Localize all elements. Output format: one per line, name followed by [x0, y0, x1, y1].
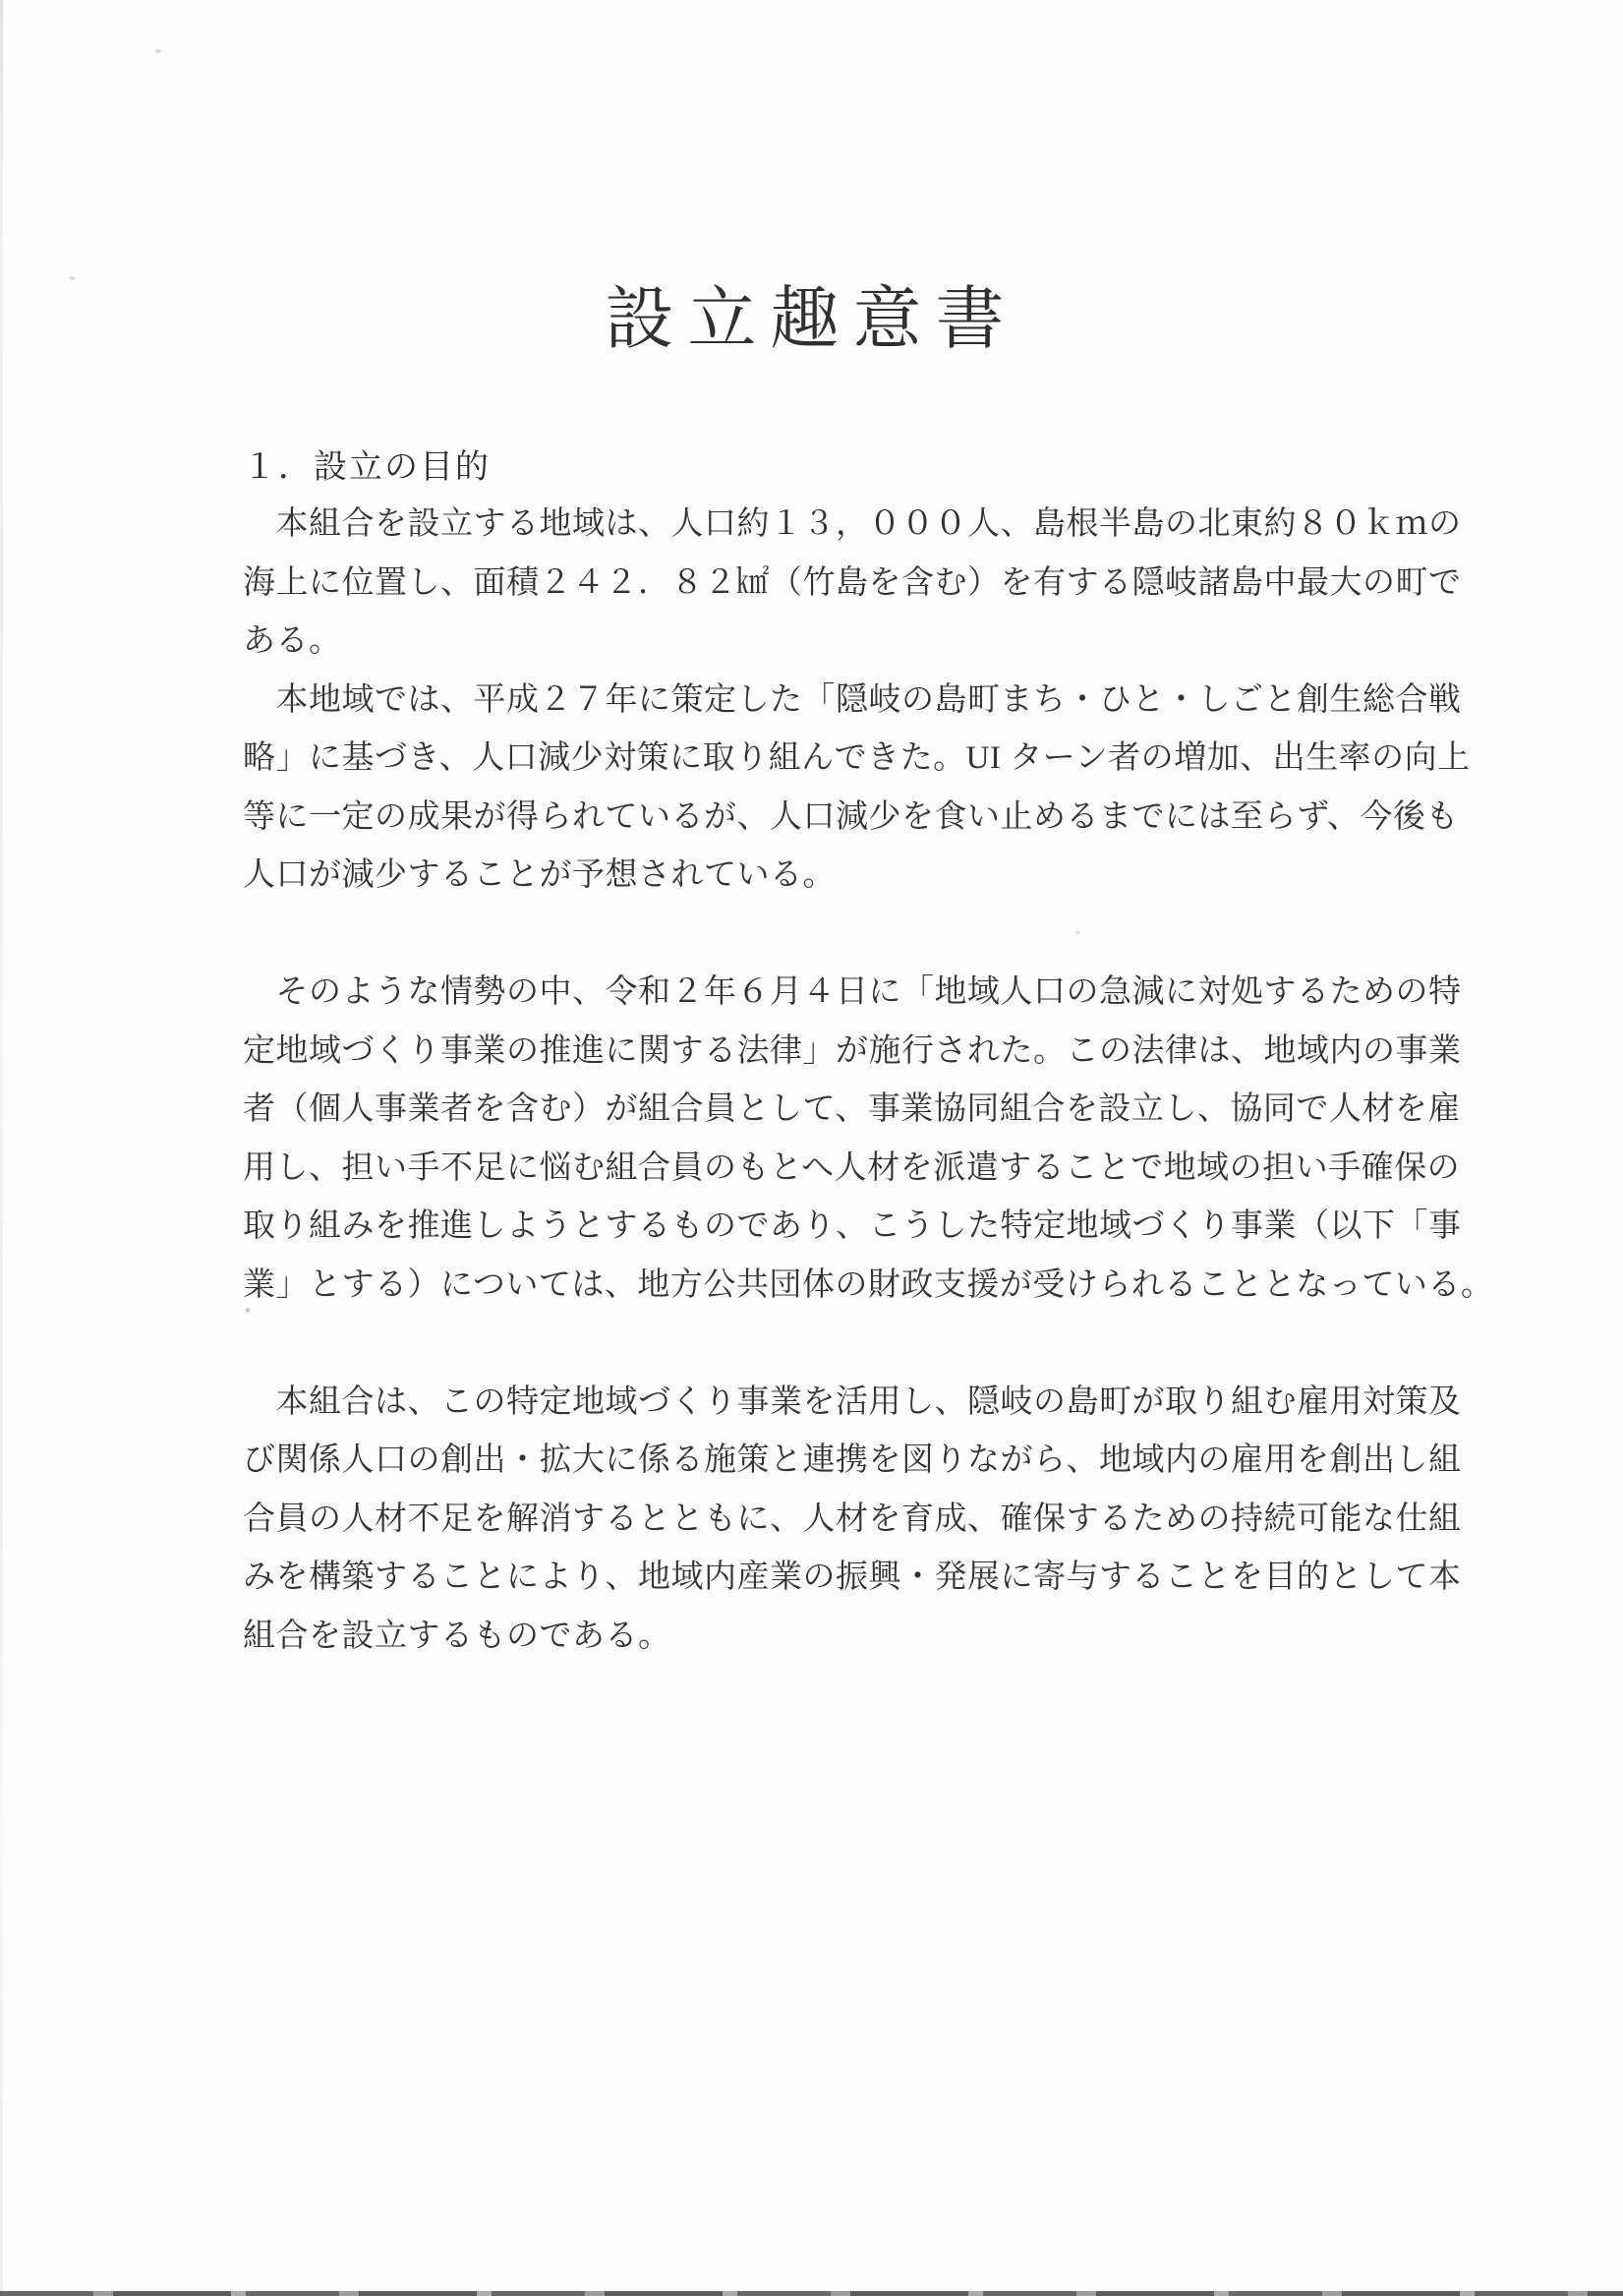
paragraph-line: 合員の人材不足を解消するとともに、人材を育成、確保するための持続可能な仕組	[243, 1491, 1511, 1550]
paragraph-line: 者（個人事業者を含む）が組合員として、事業協同組合を設立し、協同で人材を雇	[243, 1081, 1511, 1140]
scan-speck	[70, 276, 75, 280]
paragraph-line: 用し、担い手不足に悩む組合員のもとへ人材を派遣することで地域の担い手確保の	[243, 1140, 1511, 1199]
paragraph-spacer	[243, 906, 1511, 965]
scan-left-edge-artifact	[0, 0, 3, 2296]
paragraph-line: 略」に基づき、人口減少対策に取り組んできた。UI ターン者の増加、出生率の向上	[243, 730, 1511, 789]
scan-bottom-edge-artifact	[0, 2291, 1623, 2296]
paragraph-line: 本組合を設立する地域は、人口約１３，０００人、島根半島の北東約８０ｋｍの	[243, 496, 1511, 555]
document-title: 設立趣意書	[0, 284, 1623, 357]
paragraph-spacer	[243, 1315, 1511, 1374]
paragraph-line: 取り組みを推進しようとするものであり、こうした特定地域づくり事業（以下「事	[243, 1198, 1511, 1257]
paragraph-line: ある。	[243, 613, 1511, 672]
paragraph-line: 業」とする）については、地方公共団体の財政支援が受けられることとなっている。	[243, 1257, 1511, 1316]
paragraph-line: 本組合は、この特定地域づくり事業を活用し、隠岐の島町が取り組む雇用対策及	[243, 1374, 1511, 1433]
scan-speck	[1075, 931, 1080, 934]
paragraph-line: 海上に位置し、面積２４２．８２㎢（竹島を含む）を有する隠岐諸島中最大の町で	[243, 555, 1511, 614]
section-heading: １．設立の目的	[243, 448, 491, 488]
paragraph-line: 定地域づくり事業の推進に関する法律」が施行された。この法律は、地域内の事業	[243, 1023, 1511, 1082]
document-body: 本組合を設立する地域は、人口約１３，０００人、島根半島の北東約８０ｋｍの 海上に…	[243, 496, 1511, 1666]
paragraph-line: みを構築することにより、地域内産業の振興・発展に寄与することを目的として本	[243, 1549, 1511, 1608]
paragraph-line: 組合を設立するものである。	[243, 1608, 1511, 1667]
paragraph-line: び関係人口の創出・拡大に係る施策と連携を図りながら、地域内の雇用を創出し組	[243, 1432, 1511, 1491]
scan-speck	[246, 1308, 250, 1313]
scan-speck	[155, 49, 161, 53]
paragraph-line: 等に一定の成果が得られているが、人口減少を食い止めるまでには至らず、今後も	[243, 789, 1511, 848]
paragraph-line: 本地域では、平成２７年に策定した「隠岐の島町まち・ひと・しごと創生総合戦	[243, 672, 1511, 731]
document-page: 設立趣意書 １．設立の目的 本組合を設立する地域は、人口約１３，０００人、島根半…	[0, 0, 1623, 2296]
paragraph-line: 人口が減少することが予想されている。	[243, 847, 1511, 906]
paragraph-line: そのような情勢の中、令和２年６月４日に「地域人口の急減に対処するための特	[243, 964, 1511, 1023]
